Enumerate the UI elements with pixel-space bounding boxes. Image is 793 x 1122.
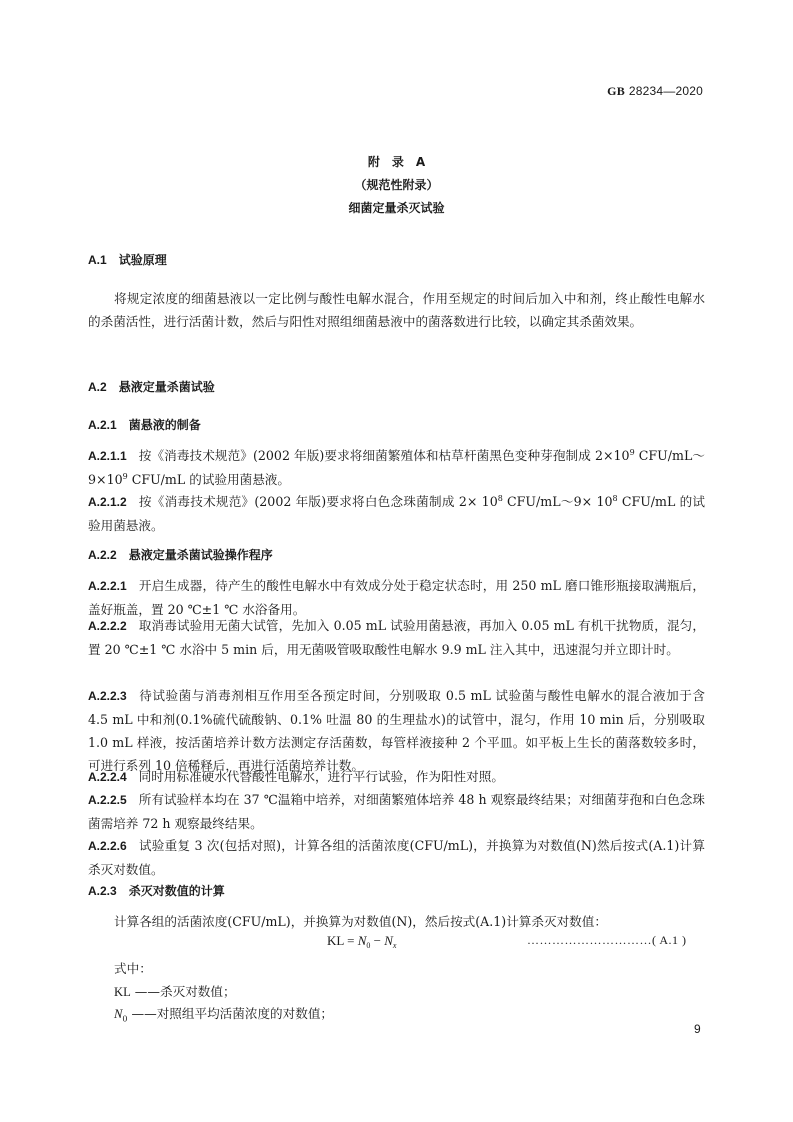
section-heading-a2: A.2悬液定量杀菌试验 xyxy=(88,378,215,395)
section-heading-a22: A.2.2悬液定量杀菌试验操作程序 xyxy=(88,546,273,563)
appendix-title: 附 录 A xyxy=(0,153,793,170)
clause-a223: A.2.2.3待试验菌与消毒剂相互作用至各预定时间，分别吸取 0.5 mL 试验… xyxy=(88,684,705,777)
standard-number: GB28234—2020 xyxy=(607,84,703,99)
page-number: 9 xyxy=(694,1022,701,1036)
section-body-a23: 计算各组的活菌浓度(CFU/mL)，并换算为对数值(N)，然后按式(A.1)计算… xyxy=(88,910,705,933)
formula-a1: KL = N0 − Nx xyxy=(327,933,396,949)
where-item-n0: N0 ——对照组平均活菌浓度的对数值； xyxy=(114,1003,333,1024)
equation-number: …………………………( A.1 ) xyxy=(527,933,687,948)
clause-a211: A.2.1.1按《消毒技术规范》(2002 年版)要求将细菌繁殖体和枯草杆菌黑色… xyxy=(88,444,705,491)
section-heading-a1: A.1试验原理 xyxy=(88,251,167,268)
where-intro: 式中： xyxy=(114,958,152,977)
appendix-name: 细菌定量杀灭试验 xyxy=(0,199,793,216)
clause-a224: A.2.2.4同时用标准硬水代替酸性电解水，进行平行试验，作为阳性对照。 xyxy=(88,765,705,789)
section-heading-a23: A.2.3杀灭对数值的计算 xyxy=(88,882,225,899)
clause-a226: A.2.2.6试验重复 3 次(包括对照)，计算各组的活菌浓度(CFU/mL)，… xyxy=(88,834,705,881)
standard-code: 28234—2020 xyxy=(629,84,703,98)
standard-prefix: GB xyxy=(607,84,625,98)
clause-a225: A.2.2.5所有试验样本均在 37 ℃温箱中培养，对细菌繁殖体培养 48 h … xyxy=(88,788,705,835)
appendix-nature: （规范性附录） xyxy=(0,176,793,193)
clause-a212: A.2.1.2按《消毒技术规范》(2002 年版)要求将白色念珠菌制成 2× 1… xyxy=(88,490,705,537)
section-body-a1: 将规定浓度的细菌悬液以一定比例与酸性电解水混合，作用至规定的时间后加入中和剂，终… xyxy=(88,287,705,333)
where-item-kl: KL ——杀灭对数值； xyxy=(114,981,236,1000)
clause-a222: A.2.2.2取消毒试验用无菌大试管，先加入 0.05 mL 试验用菌悬液，再加… xyxy=(88,614,705,661)
section-heading-a21: A.2.1菌悬液的制备 xyxy=(88,416,201,433)
